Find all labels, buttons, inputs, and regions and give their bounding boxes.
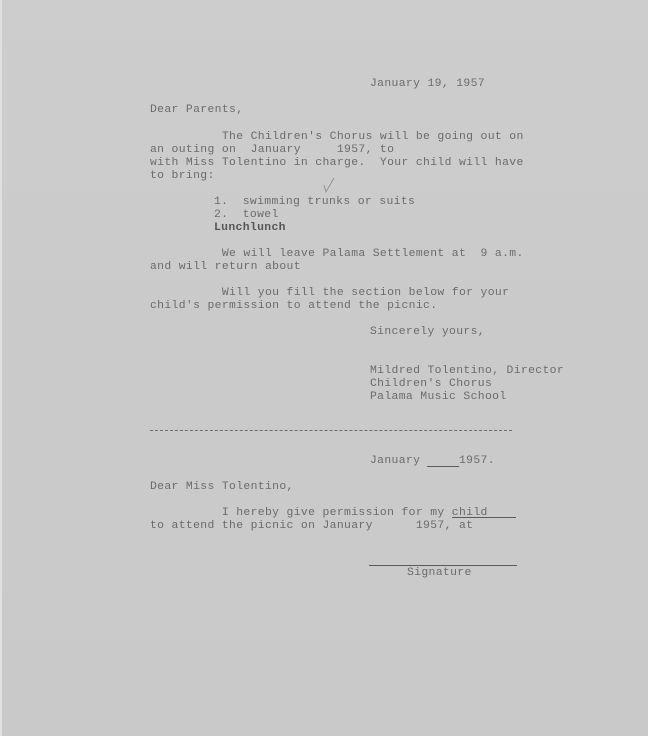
item-towel: 2. towel	[214, 209, 279, 222]
paragraph-1-line-1: The Children's Chorus will be going out …	[150, 131, 524, 144]
child-name-blank[interactable]	[452, 517, 516, 518]
signature-label: Signature	[407, 567, 472, 580]
signature-line[interactable]	[369, 565, 517, 566]
paragraph-2-line-2: and will return about	[150, 261, 301, 274]
item-lunch: Lunchlunch	[214, 222, 286, 235]
slip-body-line-2: to attend the picnic on January 1957, at	[150, 520, 473, 533]
paragraph-3-line-1: Will you fill the section below for your	[150, 287, 509, 300]
slip-date-suffix: 1957.	[459, 455, 495, 468]
paragraph-2-line-1: We will leave Palama Settlement at 9 a.m…	[150, 248, 524, 261]
document-page: January 19, 1957 Dear Parents, The Child…	[0, 0, 648, 736]
slip-salutation: Dear Miss Tolentino,	[150, 481, 294, 494]
paragraph-1-line-3: with Miss Tolentino in charge. Your chil…	[150, 157, 524, 170]
signature-org: Children's Chorus	[370, 378, 492, 391]
signature-name: Mildred Tolentino, Director	[370, 365, 564, 378]
signature-school: Palama Music School	[370, 391, 507, 404]
paragraph-1-line-2: an outing on January 1957, to	[150, 144, 394, 157]
slip-date-prefix: January	[370, 455, 420, 468]
item-swimming-trunks: 1. swimming trunks or suits	[214, 196, 415, 209]
slip-body-line-1: I hereby give permission for my child	[150, 507, 488, 520]
paragraph-1-line-4: to bring:	[150, 170, 215, 183]
handwritten-check-mark-icon	[322, 176, 336, 194]
letter-date: January 19, 1957	[370, 78, 485, 91]
letter-salutation: Dear Parents,	[150, 104, 243, 117]
tear-off-divider	[150, 430, 512, 431]
closing: Sincerely yours,	[370, 326, 485, 339]
slip-date-blank[interactable]	[427, 466, 459, 467]
paragraph-3-line-2: child's permission to attend the picnic.	[150, 300, 437, 313]
